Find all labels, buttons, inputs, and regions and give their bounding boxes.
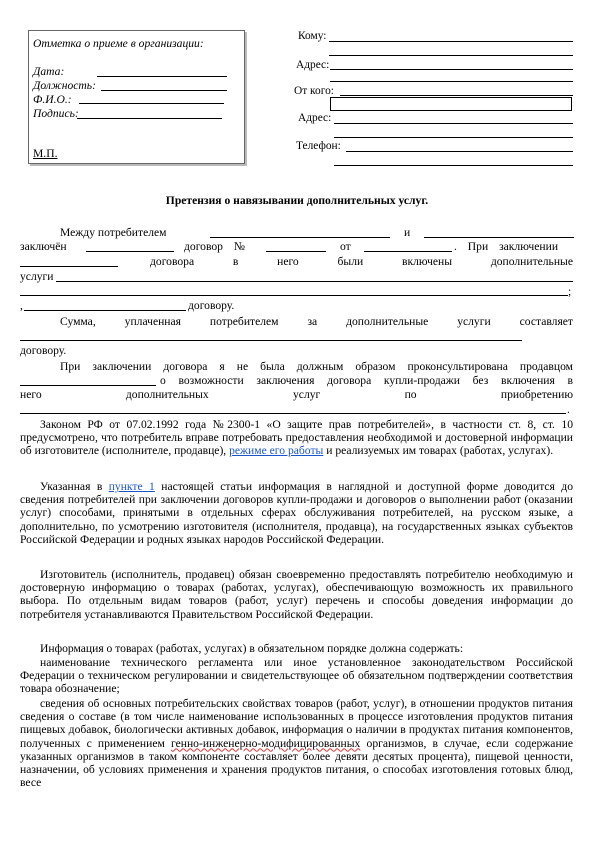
p2-from: от	[340, 240, 351, 253]
stamp-name-field[interactable]	[79, 103, 224, 104]
purchase-field[interactable]	[20, 413, 566, 414]
law-paragraph-4: Информация о товарах (работах, услугах) …	[20, 642, 573, 655]
p9-text: о возможности заключения договора купли-…	[160, 374, 573, 387]
to-label: Кому:	[298, 30, 326, 42]
seller-name-field[interactable]	[424, 237, 574, 238]
p2-contract-no: договор №	[184, 240, 245, 253]
contract-number-field[interactable]	[266, 251, 326, 252]
misspelled-word: генно-инженерно-модифицированных	[171, 737, 360, 750]
p5-contract: договору.	[188, 299, 234, 312]
p4-services: услуги	[20, 270, 54, 283]
address2-label: Адрес:	[298, 112, 331, 124]
services-field-line-2[interactable]	[20, 295, 568, 296]
from-field-box[interactable]	[330, 97, 572, 111]
law-paragraph-5: наименование технического регламента или…	[20, 656, 573, 696]
p5-comma: ,	[20, 299, 23, 312]
law-paragraph-3: Изготовитель (исполнитель, продавец) обя…	[20, 568, 573, 621]
p10-text: него дополнительных услуг по приобретени…	[20, 388, 573, 401]
address2-field-line-2[interactable]	[334, 137, 573, 138]
contract-date-field[interactable]	[364, 251, 452, 252]
stamp-date-label: Дата:	[33, 65, 64, 78]
stamp-name-label: Ф.И.О.:	[33, 93, 72, 106]
law-paragraph-2: Указанная в пункте 1 настоящей статьи ин…	[20, 480, 573, 546]
law-paragraph-1: Законом РФ от 07.02.1992 года №2300-1 «О…	[20, 418, 573, 458]
to-field[interactable]	[329, 41, 573, 42]
p2-when-concluding: . При заключении	[454, 240, 558, 253]
work-schedule-link[interactable]: режиме его работы	[229, 444, 323, 457]
stamp-signature-field[interactable]	[77, 118, 222, 119]
p11-dot: .	[567, 403, 570, 416]
contract-kind-field[interactable]	[20, 266, 118, 267]
phone-label: Телефон:	[296, 140, 341, 152]
stamp-position-field[interactable]	[101, 90, 227, 91]
address-field[interactable]	[330, 69, 573, 70]
clause-1-link[interactable]: пункте 1	[109, 480, 155, 493]
reception-stamp-box: Отметка о приеме в организации: Дата: До…	[28, 30, 245, 164]
address2-field[interactable]	[334, 123, 573, 124]
contract-type-field[interactable]	[86, 251, 174, 252]
services-field-line-3[interactable]	[24, 310, 186, 311]
p1-and: и	[404, 226, 410, 239]
from-field[interactable]	[340, 95, 573, 96]
address-field-line-2[interactable]	[330, 81, 573, 82]
seller-field[interactable]	[20, 385, 156, 386]
to-field-line-2[interactable]	[329, 55, 573, 56]
stamp-heading: Отметка о приеме в организации:	[33, 37, 204, 50]
p7-text: договору.	[20, 344, 66, 357]
consumer-name-field[interactable]	[210, 237, 390, 238]
p6-text: Сумма, уплаченная потребителем за дополн…	[60, 315, 573, 328]
law-paragraph-6: сведения об основных потребительских сво…	[20, 697, 573, 789]
p1-text: Между потребителем	[60, 226, 167, 239]
p8-text: При заключении договора я не была должны…	[60, 360, 573, 373]
stamp-seal-label: М.П.	[33, 147, 57, 160]
stamp-date-field[interactable]	[97, 76, 227, 77]
document-title: Претензия о навязывании дополнительных у…	[0, 194, 594, 207]
phone-field-line-2[interactable]	[334, 165, 573, 166]
stamp-position-label: Должность:	[33, 79, 96, 92]
services-field[interactable]	[56, 281, 573, 282]
stamp-signature-label: Подпись:	[33, 107, 79, 120]
p3-text: договора в него были включены дополнител…	[150, 255, 573, 268]
amount-field[interactable]	[20, 340, 522, 341]
p2-concluded: заключён	[20, 240, 67, 253]
phone-field[interactable]	[346, 151, 573, 152]
from-label: От кого:	[294, 85, 334, 97]
address-label: Адрес:	[296, 59, 329, 71]
